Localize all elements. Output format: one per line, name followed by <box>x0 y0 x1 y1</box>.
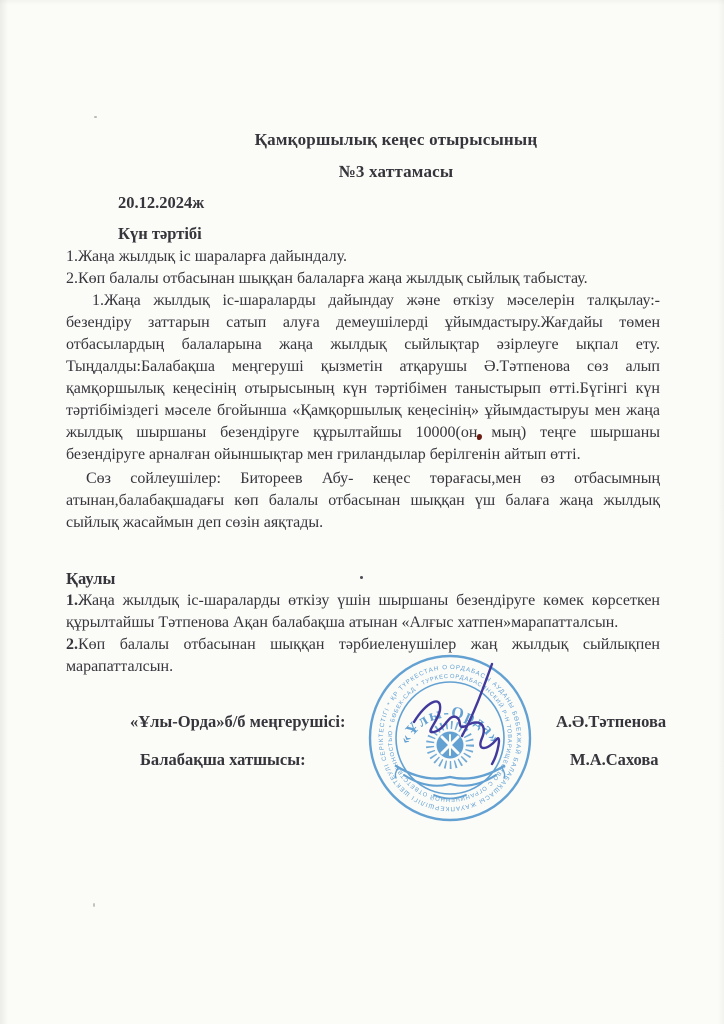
resolution-item: 1.Жаңа жылдық іс-шараларды өткізу үшін ш… <box>66 590 660 634</box>
handwritten-signature-icon <box>396 660 526 782</box>
signature-role-secretary: Балабақша хатшысы: <box>140 750 306 770</box>
scanned-document-page: Қамқоршылық кеңес отырысының №3 хаттамас… <box>0 0 724 1024</box>
body-paragraph-speakers: Сөз сойлеушілер: Битореев Абу- кеңес төр… <box>66 468 660 534</box>
resolution-heading: Қаулы <box>66 568 660 590</box>
signature-section: «Ұлы-Орда»б/б меңгерушісі: А.Ә.Тәтпенова… <box>66 678 660 1024</box>
ink-dot-artifact <box>360 576 363 579</box>
scan-speck <box>93 903 95 907</box>
document-title-line1: Қамқоршылық кеңес отырысының <box>66 130 660 150</box>
signature-role-manager: «Ұлы-Орда»б/б меңгерушісі: <box>130 712 345 732</box>
agenda-list: 1.Жаңа жылдық іс шараларға дайындалу. 2.… <box>66 246 660 290</box>
signature-name-secretary: М.А.Сахова <box>570 750 659 770</box>
scan-speck <box>94 116 97 118</box>
signature-name-manager: А.Ә.Тәтпенова <box>556 712 666 732</box>
agenda-heading: Күн тәртібі <box>118 224 660 244</box>
resolution-item: 2.Көп балалы отбасынан шыққан тәрбиелену… <box>66 634 660 678</box>
document-date: 20.12.2024ж <box>118 193 660 213</box>
resolution-item-text: Көп балалы отбасынан шыққан тәрбиеленуші… <box>66 636 660 675</box>
resolution-item-number: 1. <box>66 592 78 609</box>
agenda-item: 2.Көп балалы отбасынан шыққан балаларға … <box>66 268 660 290</box>
agenda-item: 1.Жаңа жылдық іс шараларға дайындалу. <box>66 246 660 268</box>
body-paragraph-discussion: 1.Жаңа жылдық іс-шараларды дайындау және… <box>66 290 660 466</box>
resolution-item-number: 2. <box>66 636 78 653</box>
document-title-line2: №3 хаттамасы <box>66 162 660 182</box>
resolution-item-text: Жаңа жылдық іс-шараларды өткізу үшін шыр… <box>66 592 660 631</box>
